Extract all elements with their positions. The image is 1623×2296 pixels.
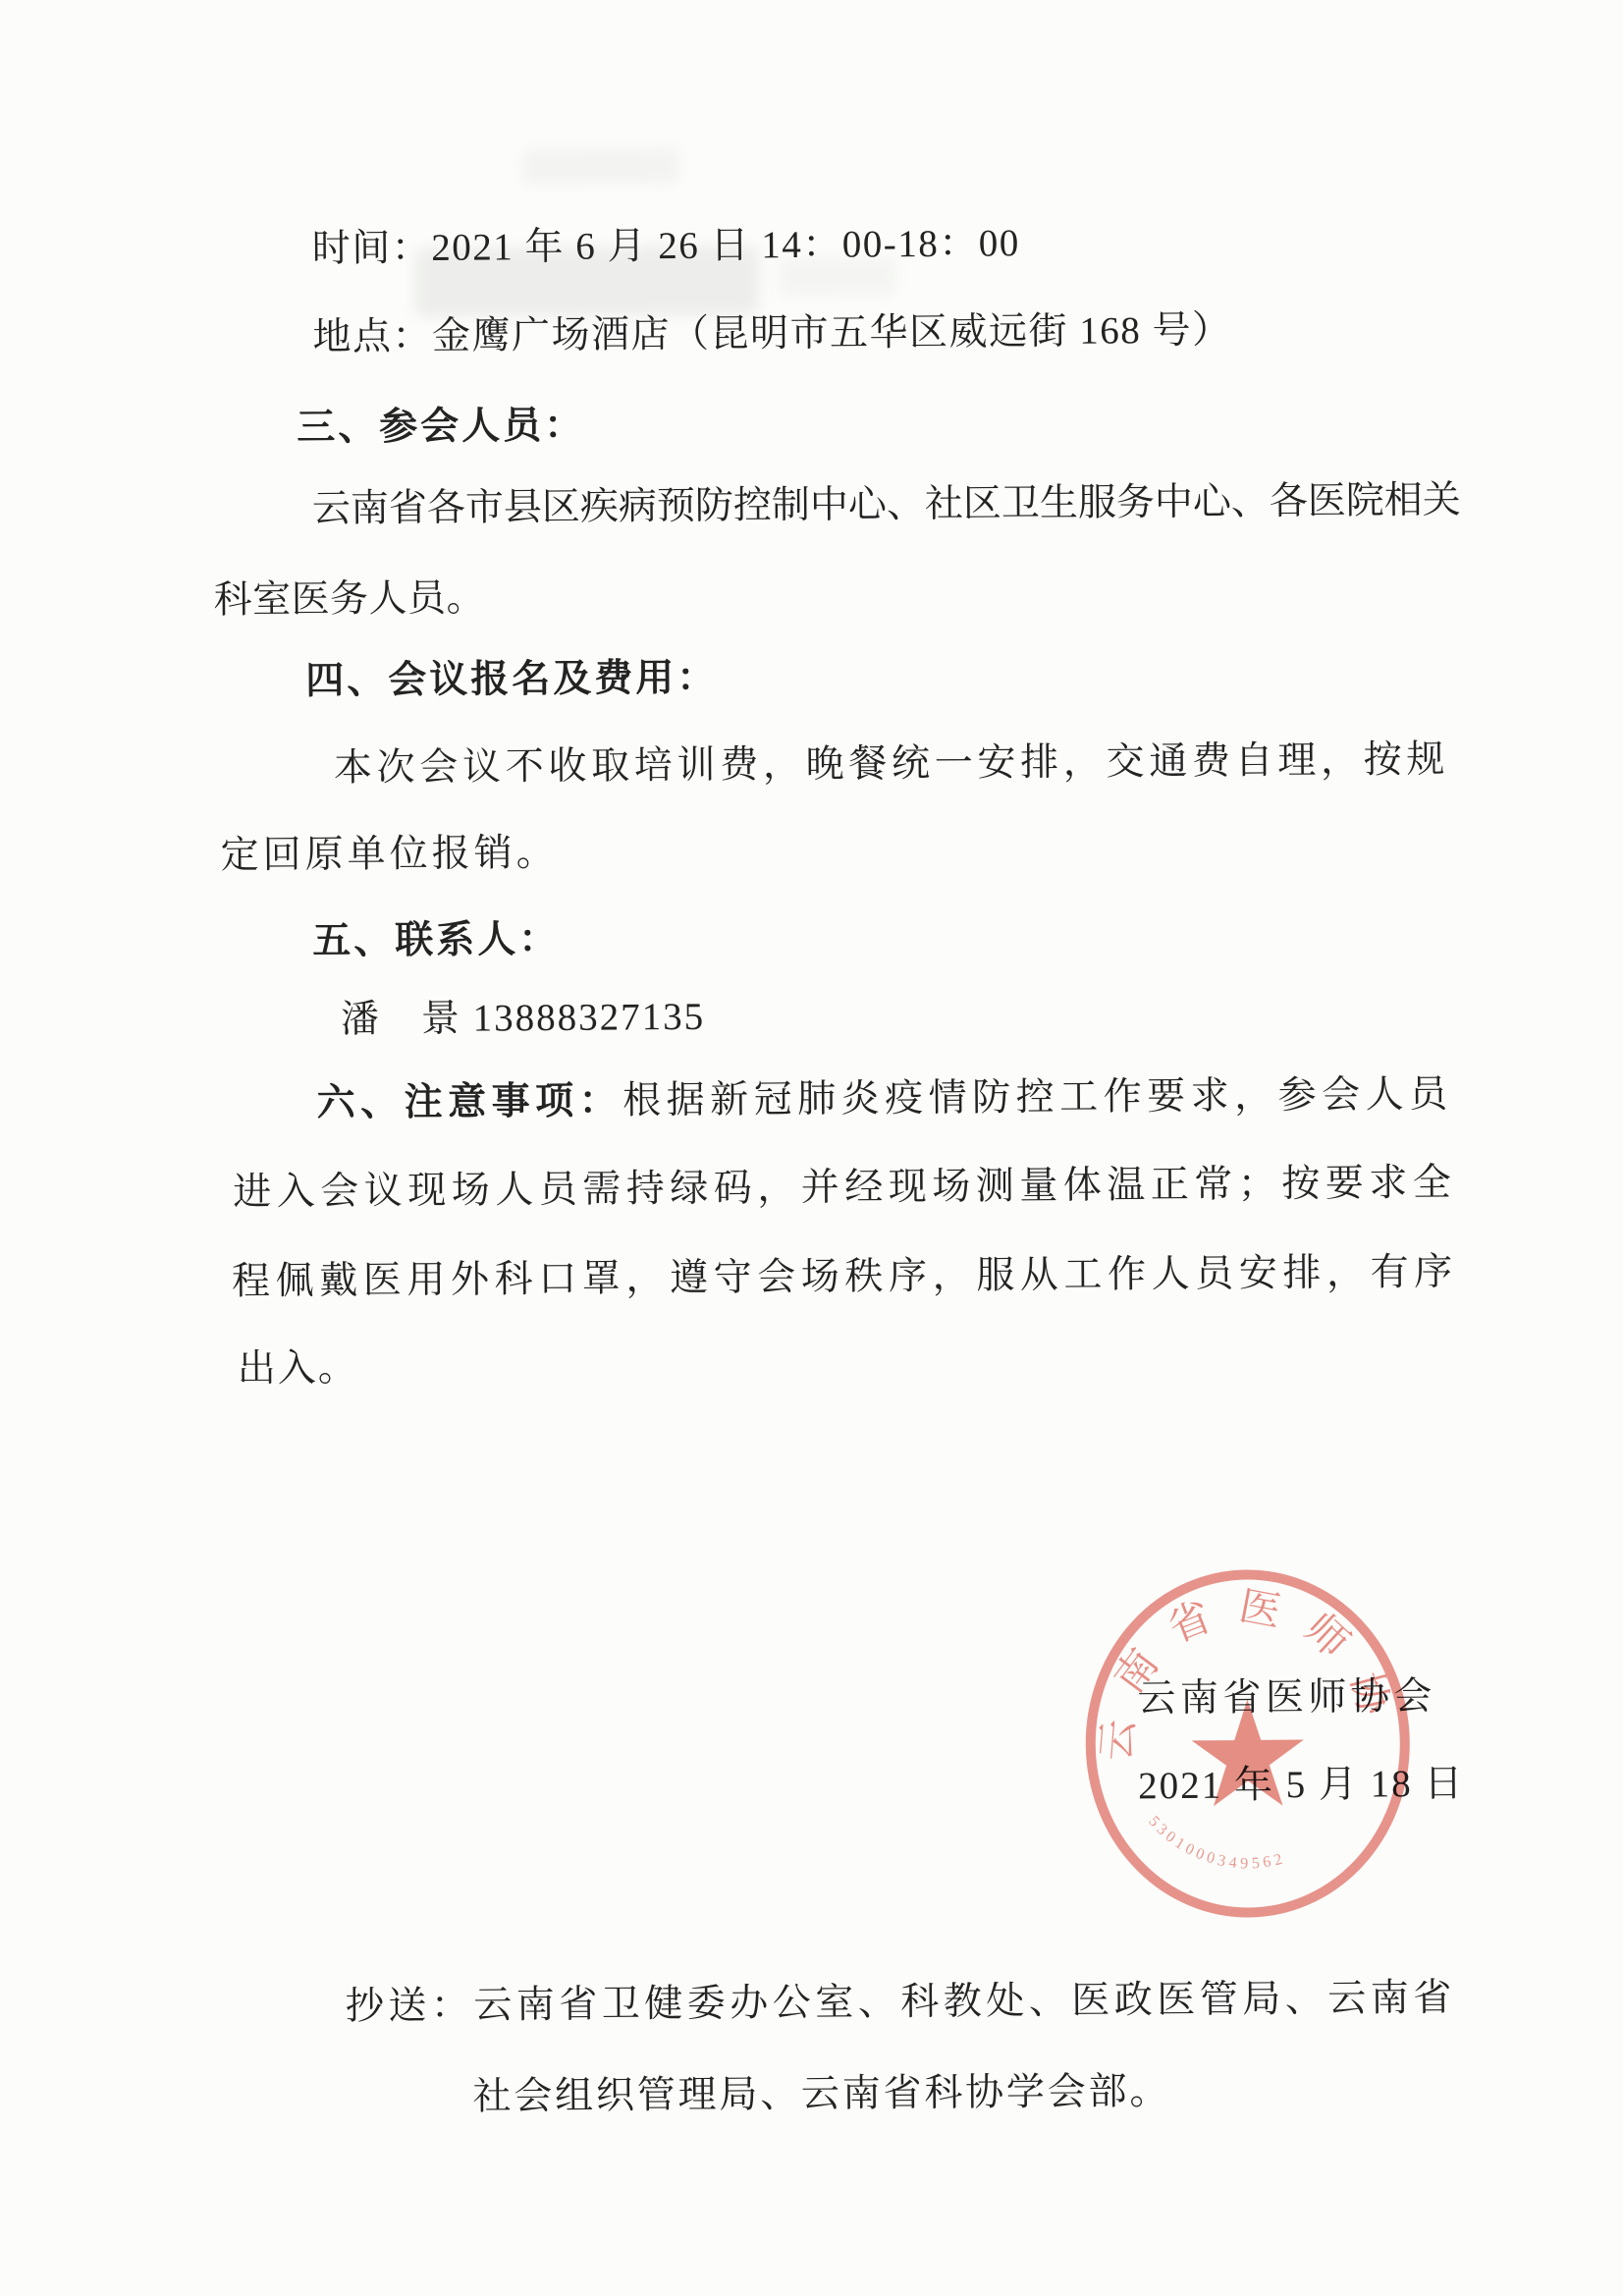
section3-line1: 云南省各市县区疾病预防控制中心、社区卫生服务中心、各医院相关	[312, 479, 1461, 531]
section6-line2: 进入会议现场人员需持绿码，并经现场测量体温正常；按要求全	[233, 1162, 1456, 1214]
section4-line2: 定回原单位报销。	[220, 832, 558, 877]
cc-footer-line2: 社会组织管理局、云南省科协学会部。	[472, 2070, 1170, 2118]
section3-line2: 科室医务人员。	[213, 577, 485, 623]
section6-line4: 出入。	[238, 1347, 358, 1392]
seal-star-icon	[1191, 1699, 1304, 1806]
seal-serial-number: 5301000349562	[1145, 1812, 1288, 1873]
section6-line1: 六、注意事项：根据新冠肺炎疫情防控工作要求，参会人员	[316, 1073, 1452, 1125]
contact-person-line: 潘 景 13888327135	[341, 996, 706, 1042]
meeting-venue-line: 地点：金鹰广场酒店（昆明市五华区威远街 168 号）	[312, 309, 1231, 359]
official-seal: 云南省医师协会 5301000349562	[1069, 1551, 1426, 1927]
section6-line1-text: 根据新冠肺炎疫情防控工作要求，参会人员	[622, 1073, 1453, 1122]
section6-line3: 程佩戴医用外科口罩，遵守会场秩序，服从工作人员安排，有序	[232, 1251, 1458, 1303]
scan-smudge	[522, 148, 679, 185]
cc-footer-line1: 抄送：云南省卫健委办公室、科教处、医政医管局、云南省	[346, 1977, 1456, 2029]
section4-line1: 本次会议不收取培训费，晚餐统一安排，交通费自理，按规	[334, 738, 1450, 791]
document-page: { "page": { "bg_color": "#fcfcfa", "ink_…	[0, 0, 1623, 2296]
section4-heading: 四、会议报名及费用：	[305, 657, 718, 703]
seal-arc-text: 云南省医师协会	[1069, 1551, 1402, 1764]
meeting-time-line: 时间：2021 年 6 月 26 日 14：00-18：00	[312, 222, 1020, 270]
scanned-notice-page: 时间：2021 年 6 月 26 日 14：00-18：00 地点：金鹰广场酒店…	[0, 0, 1623, 2296]
section6-heading: 六、注意事项：	[316, 1079, 622, 1123]
section3-heading: 三、参会人员：	[297, 405, 585, 450]
section5-heading: 五、联系人：	[312, 918, 560, 963]
